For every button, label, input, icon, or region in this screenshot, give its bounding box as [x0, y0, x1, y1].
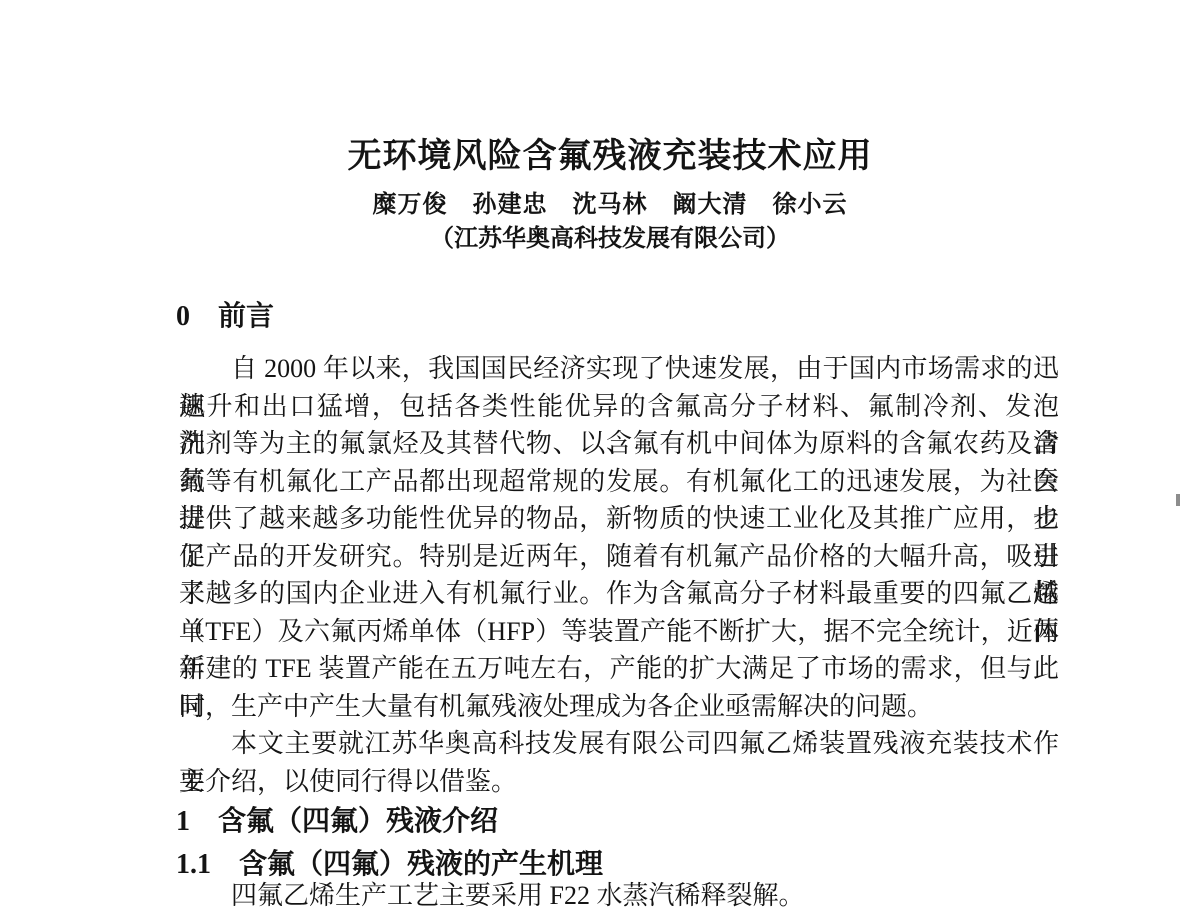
- text-line: 来越多的国内企业进入有机氟行业。作为含氟高分子材料最重要的四氟乙烯单体: [179, 575, 1059, 613]
- text-line: 洗剂等为主的氟氯烃及其替代物、以含氟有机中间体为原料的含氟农药及含氟医: [179, 425, 1059, 463]
- text-line: 本文主要就江苏华奥高科技发展有限公司四氟乙烯装置残液充装技术作主: [179, 725, 1059, 763]
- section-1-heading: 1 含氟（四氟）残液介绍: [176, 799, 1058, 839]
- body-paragraph-1: 自 2000 年以来，我国国民经济实现了快速发展，由于国内市场需求的迅速 飙升和…: [179, 350, 1059, 725]
- text-line: 了产品的开发研究。特别是近两年，随着有机氟产品价格的大幅升高，吸引了越: [179, 538, 1059, 576]
- text-line: 要介绍，以使同行得以借鉴。: [179, 763, 1059, 801]
- body-paragraph-3: 四氟乙烯生产工艺主要采用 F22 水蒸汽稀释裂解。: [179, 877, 1059, 907]
- text-line: 飙升和出口猛增，包括各类性能优异的含氟高分子材料、氟制冷剂、发泡剂、清: [179, 388, 1059, 426]
- document-page: 无环境风险含氟残液充装技术应用 糜万俊 孙建忠 沈马林 阚大清 徐小云 （江苏华…: [0, 0, 1200, 907]
- body-paragraph-2: 本文主要就江苏华奥高科技发展有限公司四氟乙烯装置残液充装技术作主 要介绍，以使同…: [179, 725, 1059, 800]
- section-1-1-heading: 1.1 含氟（四氟）残液的产生机理: [176, 842, 1058, 882]
- text-line: 提供了越来越多功能性优异的物品，新物质的快速工业化及其推广应用，也促进: [179, 500, 1059, 538]
- section-0-heading: 0 前言: [176, 294, 1058, 334]
- text-line: 时，生产中产生大量有机氟残液处理成为各企业亟需解决的问题。: [179, 688, 1059, 726]
- text-line: 新建的 TFE 装置产能在五万吨左右，产能的扩大满足了市场的需求，但与此同: [179, 650, 1059, 688]
- text-line: 四氟乙烯生产工艺主要采用 F22 水蒸汽稀释裂解。: [179, 877, 1059, 907]
- text-line: 自 2000 年以来，我国国民经济实现了快速发展，由于国内市场需求的迅速: [179, 350, 1059, 388]
- authors-line: 糜万俊 孙建忠 沈马林 阚大清 徐小云: [160, 184, 1060, 219]
- scan-artifact-mark: [1176, 494, 1180, 506]
- text-line: （TFE）及六氟丙烯单体（HFP）等装置产能不断扩大，据不完全统计，近两年: [179, 613, 1059, 651]
- article-title: 无环境风险含氟残液充装技术应用: [160, 128, 1060, 177]
- affiliation-line: （江苏华奥高科技发展有限公司）: [160, 218, 1060, 253]
- text-line: 药等有机氟化工产品都出现超常规的发展。有机氟化工的迅速发展，为社会进步: [179, 463, 1059, 501]
